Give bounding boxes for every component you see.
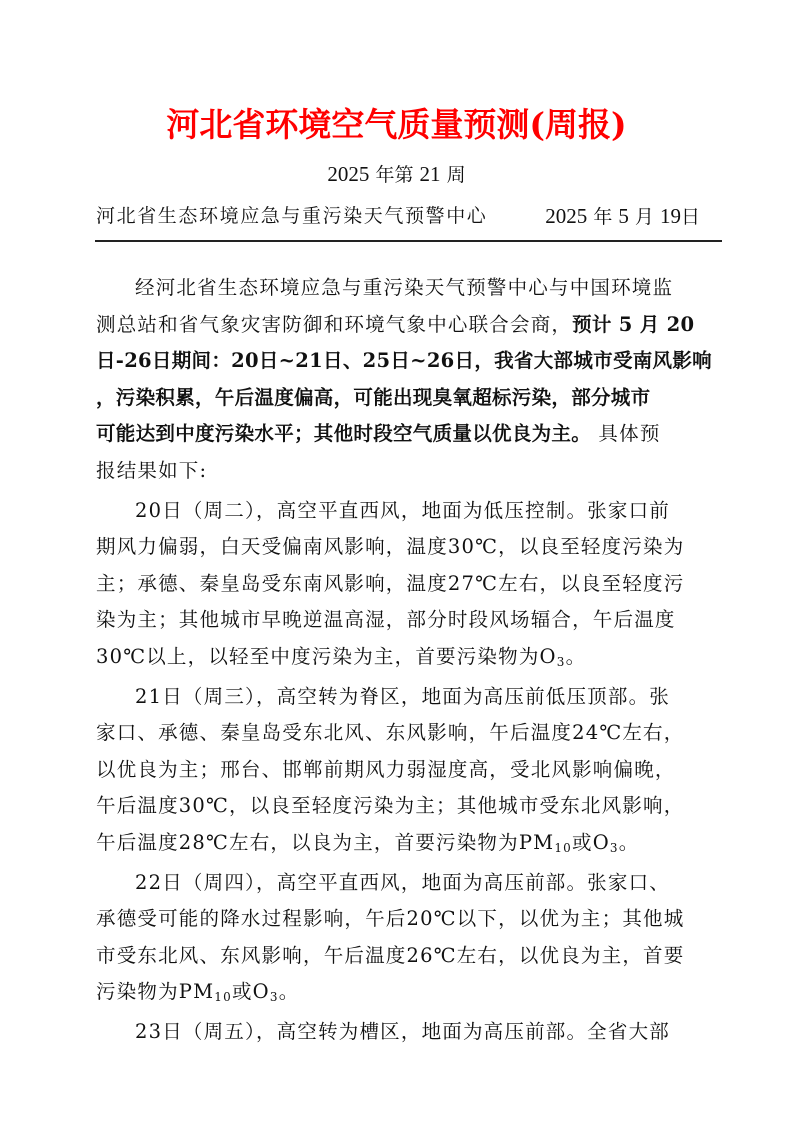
publish-date-day-unit: 日 (681, 206, 700, 228)
publisher: 河北省生态环境应急与重污染天气预警中心 (96, 202, 487, 230)
text-span: 。 (279, 980, 300, 1003)
publish-date-month-unit: 月 (635, 206, 654, 228)
issue-week: 21 (420, 162, 441, 186)
intro-paragraph: 经河北省生态环境应急与重污染天气预警中心与中国环境监 测总站和省气象灾害防御和环… (96, 270, 708, 490)
bold-text-line: 日-26日期间：20日~21日、25日~26日，我省大部城市受南风影响 (96, 343, 708, 380)
forecast-day-22: 22日（周四），高空平直西风，地面为高压前部。张家口、 承德受可能的降水过程影响… (96, 865, 708, 1011)
document-title: 河北省环境空气质量预测(周报) (0, 103, 793, 147)
text-line: 21日（周三），高空转为脊区，地面为高压前低压顶部。张 (96, 679, 708, 716)
publish-date: 2025 年 5 月 19日 (545, 202, 700, 231)
issue-year-suffix: 年第 (375, 164, 413, 186)
text-span: 午后温度28℃左右，以良为主，首要污染物为PM (96, 831, 554, 854)
text-line: 可能达到中度污染水平；其他时段空气质量以优良为主。 具体预 (96, 416, 708, 453)
text-span: 具体预 (591, 422, 661, 445)
text-span: 30℃以上，以轻至中度污染为主，首要污染物为O (96, 645, 557, 668)
document-meta: 河北省生态环境应急与重污染天气预警中心 2025 年 5 月 19日 (96, 202, 722, 230)
text-line: 23日（周五），高空转为槽区，地面为高压前部。全省大部 (96, 1014, 708, 1051)
issue-number: 2025 年第 21 周 (0, 161, 793, 188)
forecast-day-20: 20日（周二），高空平直西风，地面为低压控制。张家口前 期风力偏弱，白天受偏南风… (96, 493, 708, 676)
publish-date-year: 2025 (545, 204, 587, 228)
forecast-day-21: 21日（周三），高空转为脊区，地面为高压前低压顶部。张 家口、承德、秦皇岛受东北… (96, 679, 708, 862)
subscript: 3 (270, 990, 279, 1004)
subscript: 10 (214, 990, 232, 1004)
text-line: 家口、承德、秦皇岛受东北风、东风影响，午后温度24℃左右， (96, 715, 708, 752)
text-line: 22日（周四），高空平直西风，地面为高压前部。张家口、 (96, 865, 708, 902)
text-line: 主；承德、秦皇岛受东南风影响，温度27℃左右，以良至轻度污 (96, 566, 708, 603)
text-line: 市受东北风、东风影响，午后温度26℃左右，以优良为主，首要 (96, 938, 708, 975)
publish-date-month: 5 (618, 204, 629, 228)
issue-week-suffix: 周 (447, 164, 466, 186)
subscript: 3 (610, 841, 619, 855)
text-span: 或O (572, 831, 610, 854)
bold-text: 预计 5 月 20 (572, 313, 694, 336)
text-span: 。 (619, 831, 640, 854)
text-line: 染为主；其他城市早晚逆温高湿，部分时段风场辐合，午后温度 (96, 602, 708, 639)
text-line: 20日（周二），高空平直西风，地面为低压控制。张家口前 (96, 493, 708, 530)
text-line: 报结果如下: (96, 453, 708, 490)
publish-date-day: 19 (660, 204, 681, 228)
subscript: 10 (554, 841, 572, 855)
text-line: 承德受可能的降水过程影响，午后20℃以下，以优为主；其他城 (96, 901, 708, 938)
text-line: 午后温度28℃左右，以良为主，首要污染物为PM10或O3。 (96, 825, 708, 862)
forecast-day-23: 23日（周五），高空转为槽区，地面为高压前部。全省大部 (96, 1014, 708, 1051)
text-line: 期风力偏弱，白天受偏南风影响，温度30℃，以良至轻度污染为 (96, 529, 708, 566)
subscript: 3 (557, 655, 566, 669)
text-span: 测总站和省气象灾害防御和环境气象中心联合会商， (96, 313, 572, 336)
text-span: 。 (566, 645, 587, 668)
header-divider (95, 240, 722, 242)
text-span: 污染物为PM (96, 980, 214, 1003)
issue-year: 2025 (327, 162, 369, 186)
document-body: 经河北省生态环境应急与重污染天气预警中心与中国环境监 测总站和省气象灾害防御和环… (96, 270, 708, 1050)
text-line: 30℃以上，以轻至中度污染为主，首要污染物为O3。 (96, 639, 708, 676)
text-line: 午后温度30℃，以良至轻度污染为主；其他城市受东北风影响， (96, 788, 708, 825)
text-span: 或O (232, 980, 270, 1003)
bold-text-line: ，污染积累，午后温度偏高，可能出现臭氧超标污染，部分城市 (96, 380, 708, 417)
publish-date-year-unit: 年 (593, 206, 612, 228)
text-line: 经河北省生态环境应急与重污染天气预警中心与中国环境监 (96, 270, 708, 307)
text-line: 测总站和省气象灾害防御和环境气象中心联合会商，预计 5 月 20 (96, 307, 708, 344)
text-line: 以优良为主；邢台、邯郸前期风力弱湿度高，受北风影响偏晚， (96, 752, 708, 789)
bold-text: 可能达到中度污染水平；其他时段空气质量以优良为主。 (96, 422, 591, 445)
text-line: 污染物为PM10或O3。 (96, 974, 708, 1011)
